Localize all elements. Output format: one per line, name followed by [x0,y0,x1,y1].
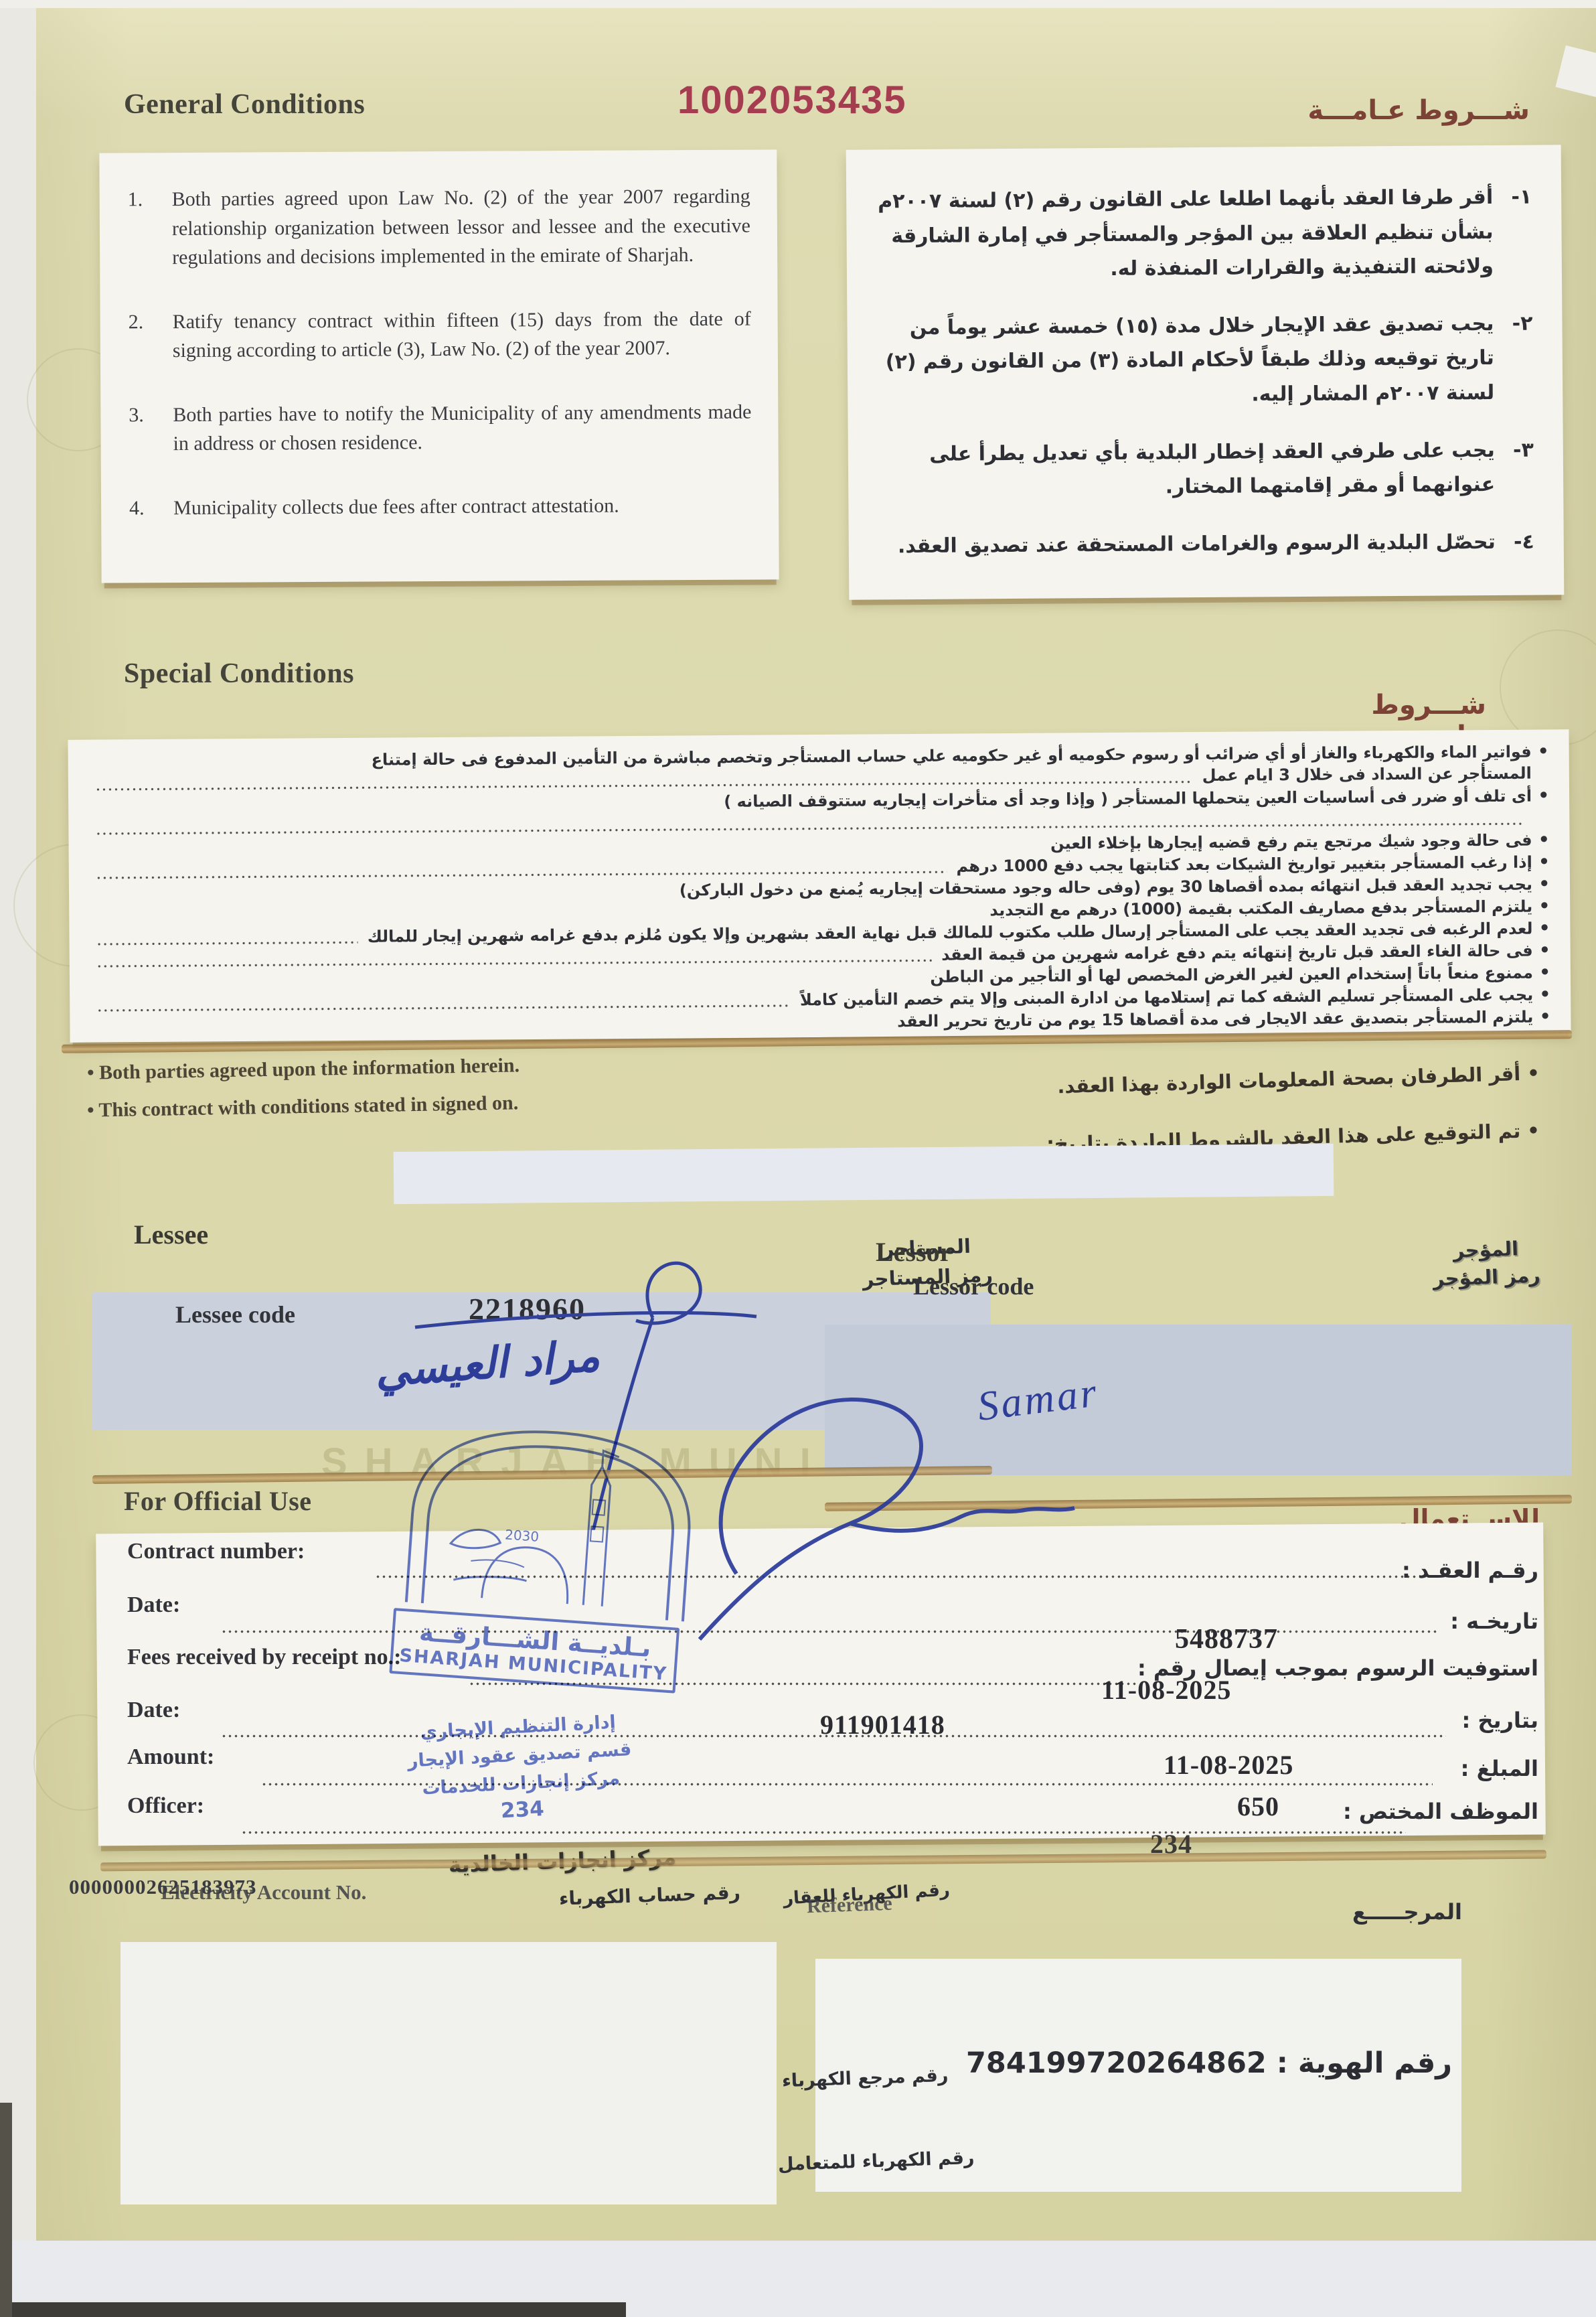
special-condition-text: فى حالة الغاء العقد قبل تاريخ إنتهائه يت… [941,942,1533,964]
special-condition-bullet: • [1532,874,1550,894]
general-conditions-list-en: 1.Both parties agreed upon Law No. (2) o… [128,182,752,558]
officer-label-ar: الموظف المختص : [1343,1799,1538,1824]
redacted-date-strip [394,1144,1334,1204]
document-number: 1002053435 [677,78,907,123]
special-condition-bullet: • [1533,984,1550,1004]
special-condition-bullet: • [1532,852,1550,872]
stamp-year-mark: 2030 [504,1526,539,1544]
gc-item-text: يجب تصديق عقد الإيجار خلال مدة (١٥) خمسة… [878,307,1494,415]
officer-signature-strokes [569,1366,1091,1654]
dotted-leader [96,1004,791,1012]
contract-number-label-ar: رقـم العقـد : [1402,1558,1538,1583]
reference-number-value: 911901418 [820,1709,945,1740]
officer-number-value: 650 [1237,1791,1279,1822]
special-condition-bullet: • [1533,962,1550,982]
gc-item-number: ٤- [1496,524,1534,559]
lessor-title: Lessor [876,1236,951,1268]
id-number-line: رقم الهوية : 784199720264862 [966,2046,1452,2080]
amount-label-ar: المبلغ : [1461,1756,1538,1781]
gc-item-text: Ratify tenancy contract within fifteen (… [173,304,751,366]
lessor-code-label-ar: رمز المؤجر [1419,1261,1554,1293]
stamp-department-lines: إدارة التنظيم الإيجاري قسم تصديق عقود ال… [374,1706,667,1829]
officer-label: Officer: [127,1793,204,1819]
gc-item-text: Municipality collects due fees after con… [173,490,752,522]
special-condition-text: يجب على المستأجر تسليم الشقه كما تم إستل… [800,986,1533,1010]
gc-item-en: 3.Both parties have to notify the Munici… [129,397,751,459]
gc-item-number: ١- [1493,180,1532,284]
special-conditions-title-en: Special Conditions [124,658,354,690]
official-use-title-en: For Official Use [124,1485,312,1517]
special-condition-text: إذا رغب المستأجر بتغيير تواريخ الشيكات ب… [956,853,1532,876]
date2-label-ar: بتاريخ : [1461,1708,1538,1733]
dotted-leader [96,941,358,946]
special-condition-bullet: • [1533,940,1550,960]
general-conditions-box-en: 1.Both parties agreed upon Law No. (2) o… [99,149,779,583]
general-conditions-list-ar: ١-أقر طرفا العقد بأنهما اطلعا على القانو… [877,180,1534,587]
lessor-label-ar: المؤجر [1419,1234,1553,1266]
special-condition-text: فى حالة وجود شيك مرتجع يتم رفع قضيه إيجا… [1050,831,1532,853]
special-conditions-list: •فواتير الماء والكهرباء والغاز أو أي ضرا… [91,741,1551,1039]
date-label: Date: [127,1592,180,1618]
general-conditions-title-en: General Conditions [124,88,365,121]
electricity-account-label: Electricity Account No. [161,1880,366,1904]
lessee-code-label: Lessee code [175,1300,295,1329]
special-condition-bullet: • [1532,918,1550,938]
lessee-title: Lessee [134,1219,208,1250]
gc-item-number: 1. [128,185,173,273]
gc-item-number: 3. [129,400,173,459]
amount-label: Amount: [127,1744,214,1770]
gc-item-ar: ٢-يجب تصديق عقد الإيجار خلال مدة (١٥) خم… [878,306,1533,415]
dotted-leader [96,959,932,968]
gc-item-number: ٢- [1494,306,1533,410]
gc-item-text: أقر طرفا العقد بأنهما اطلعا على القانون … [877,180,1494,288]
lessor-labels-ar: المؤجر رمز المؤجر [1419,1234,1554,1293]
general-conditions-title-ar: شـــروط عـامـــة [1299,95,1530,126]
special-condition-text: المستأجر عن السداد فى خلال 3 ايام عمل [1202,764,1532,785]
amount-date-value: 11-08-2025 [1164,1749,1293,1781]
special-condition-text: ممنوع منعاً باتاً إستخدام العين لغير الغ… [930,964,1533,986]
gc-item-text: Both parties agreed upon Law No. (2) of … [172,182,751,273]
special-condition-bullet: • [1532,786,1549,806]
gc-item-text: Both parties have to notify the Municipa… [173,397,751,459]
scan-top-margin [0,0,1596,8]
reference-label-en: Reference [806,1892,892,1918]
lessor-code-label: Lessor code [913,1272,1034,1300]
gc-item-text: يجب على طرفي العقد إخطار البلدية بأي تعد… [879,433,1496,507]
special-condition-text: أى تلف أو ضرر فى أساسيات العين يتحملها ا… [724,787,1532,811]
receipt-number-value: 5488737 [1175,1623,1278,1655]
gc-item-en: 4.Municipality collects due fees after c… [129,490,752,522]
gc-item-ar: ١-أقر طرفا العقد بأنهما اطلعا على القانو… [877,180,1532,289]
dotted-leader [96,871,947,880]
fees-received-label: Fees received by receipt no.: [127,1645,401,1670]
gc-item-en: 2.Ratify tenancy contract within fifteen… [129,304,751,366]
gc-item-ar: ٤-تحصّل البلدية الرسوم والغرامات المستحق… [880,524,1534,563]
special-condition-bullet: • [1533,1006,1550,1027]
reference-label-ar: المرجـــــع [1352,1899,1462,1925]
special-condition-text: يلتزم المستأجر بدفع مصاريف المكتب بقيمة … [989,897,1532,920]
contract-number-label: Contract number: [127,1539,305,1564]
gc-item-text: تحصّل البلدية الرسوم والغرامات المستحقة … [880,525,1496,564]
gc-item-number: ٣- [1495,433,1534,502]
special-condition-text: يلتزم المستأجر بتصديق عقد الايجار فى مدة… [897,1008,1533,1031]
receipt-date-value: 11-08-2025 [1101,1674,1231,1706]
scanned-tenancy-contract-page: SHARJAH MUNICIPALITY General Conditions … [0,0,1596,2317]
gc-item-number: 2. [129,307,173,366]
special-condition-bullet: • [1532,896,1550,916]
gc-item-ar: ٣-يجب على طرفي العقد إخطار البلدية بأي ت… [879,433,1534,506]
gc-item-number: 4. [129,494,173,523]
special-condition-bullet: • [1532,830,1549,850]
general-conditions-box-ar: ١-أقر طرفا العقد بأنهما اطلعا على القانو… [846,145,1565,599]
special-condition-bullet: • [1532,741,1549,761]
electricity-account-entry-box [121,1942,777,2204]
scan-left-shadow [0,2103,12,2317]
special-conditions-box: •فواتير الماء والكهرباء والغاز أو أي ضرا… [68,729,1571,1043]
gc-item-en: 1.Both parties agreed upon Law No. (2) o… [128,182,751,273]
date2-label: Date: [127,1698,180,1723]
date-label-ar: تاريخـه : [1450,1609,1538,1634]
scan-bottom-shadow [0,2302,626,2317]
